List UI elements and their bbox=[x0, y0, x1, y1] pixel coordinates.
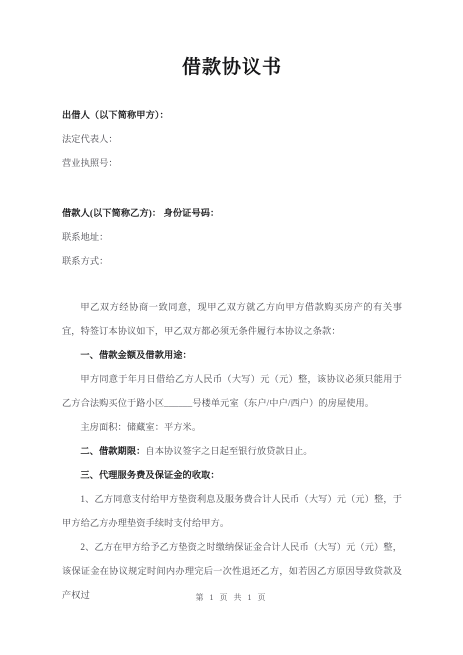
blank-line bbox=[62, 273, 402, 295]
section2-text: 自本协议签字之日起至银行放贷款日止。 bbox=[145, 446, 312, 456]
lender-heading: 出借人（以下简称甲方）： bbox=[62, 103, 402, 127]
section1-paragraph1: 甲方同意于年月日借给乙方人民币（大写）元（元）整，该协议必须只能用于乙方合法购买… bbox=[62, 367, 402, 415]
document-title: 借款协议书 bbox=[62, 0, 402, 83]
lender-license: 营业执照号： bbox=[62, 151, 402, 175]
section2-heading: 二、借款期限： bbox=[80, 446, 145, 456]
section3-heading: 三、代理服务费及保证金的收取： bbox=[62, 463, 402, 487]
blank-line bbox=[62, 175, 402, 201]
section2-line: 二、借款期限：自本协议签字之日起至银行放贷款日止。 bbox=[62, 439, 402, 463]
preamble-paragraph: 甲乙双方经协商一致同意，现甲乙双方就乙方向甲方借款购买房产的有关事宜，特签订本协… bbox=[62, 295, 402, 343]
borrower-address: 联系地址： bbox=[62, 225, 402, 249]
section1-heading: 一、借款金额及借款用途： bbox=[62, 343, 402, 367]
document-page: 借款协议书 出借人（以下简称甲方）： 法定代表人： 营业执照号： 借款人(以下简… bbox=[0, 0, 463, 655]
lender-legal-rep: 法定代表人： bbox=[62, 127, 402, 151]
borrower-heading: 借款人(以下简称乙方)： 身份证号码： bbox=[62, 201, 402, 225]
section1-paragraph2: 主房面积：储藏室：平方米。 bbox=[62, 415, 402, 439]
borrower-contact: 联系方式： bbox=[62, 249, 402, 273]
section3-paragraph1: 1、乙方同意支付给甲方垫资利息及服务费合计人民币（大写）元（元）整，于甲方给乙方… bbox=[62, 487, 402, 535]
page-number: 第 1 页 共 1 页 bbox=[0, 592, 463, 604]
